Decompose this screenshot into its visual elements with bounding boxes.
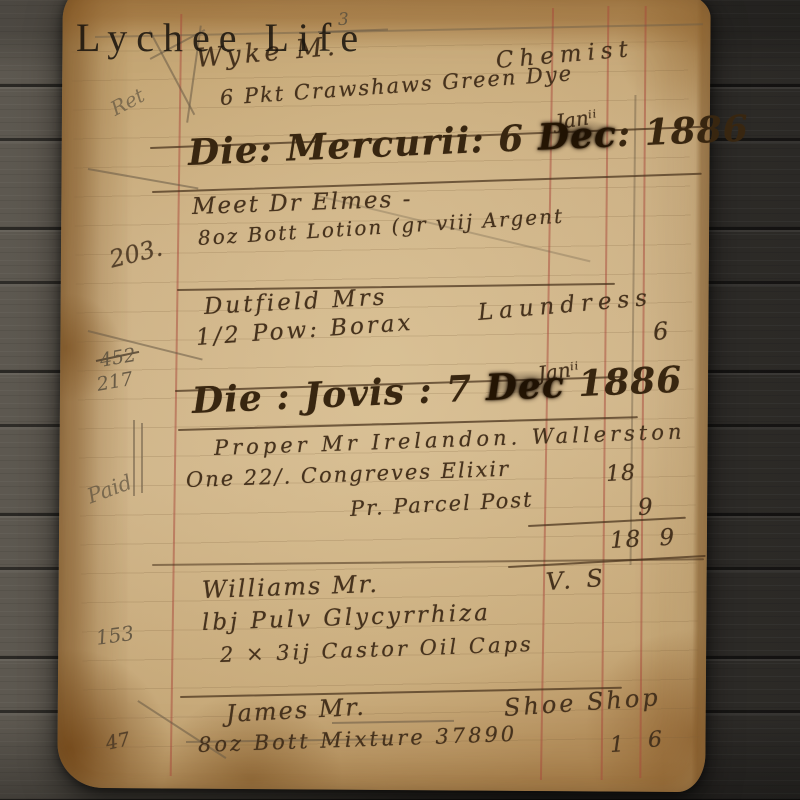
date-jovis-year: 1886 <box>564 359 683 406</box>
product-photo: 3 Ret 203. 452 217 Paid 153 47 Wyke M. C… <box>0 0 800 800</box>
entry-borax-amount: 6 <box>652 317 671 346</box>
entry-mixture-amount-2: 6 <box>647 727 663 753</box>
ledger-content-layer: 3 Ret 203. 452 217 Paid 153 47 Wyke M. C… <box>0 0 800 800</box>
date-jovis-blot: Dec <box>485 364 566 409</box>
entry-mixture-amount-1: 1 <box>609 732 625 758</box>
entry-williams-role: V. S <box>545 564 608 596</box>
entry-congreves-amount: 18 <box>605 460 636 487</box>
pencil-tick-2 <box>141 423 143 493</box>
date-mercurii-blot: Dec <box>537 113 618 158</box>
date-mercurii-year: : 1886 <box>616 108 750 156</box>
watermark-text: Lychee Life <box>76 14 367 61</box>
entry-parcel-amount: 9 <box>637 494 654 521</box>
pencil-tick-1 <box>133 420 135 496</box>
entry-total: 18 9 <box>609 525 675 554</box>
